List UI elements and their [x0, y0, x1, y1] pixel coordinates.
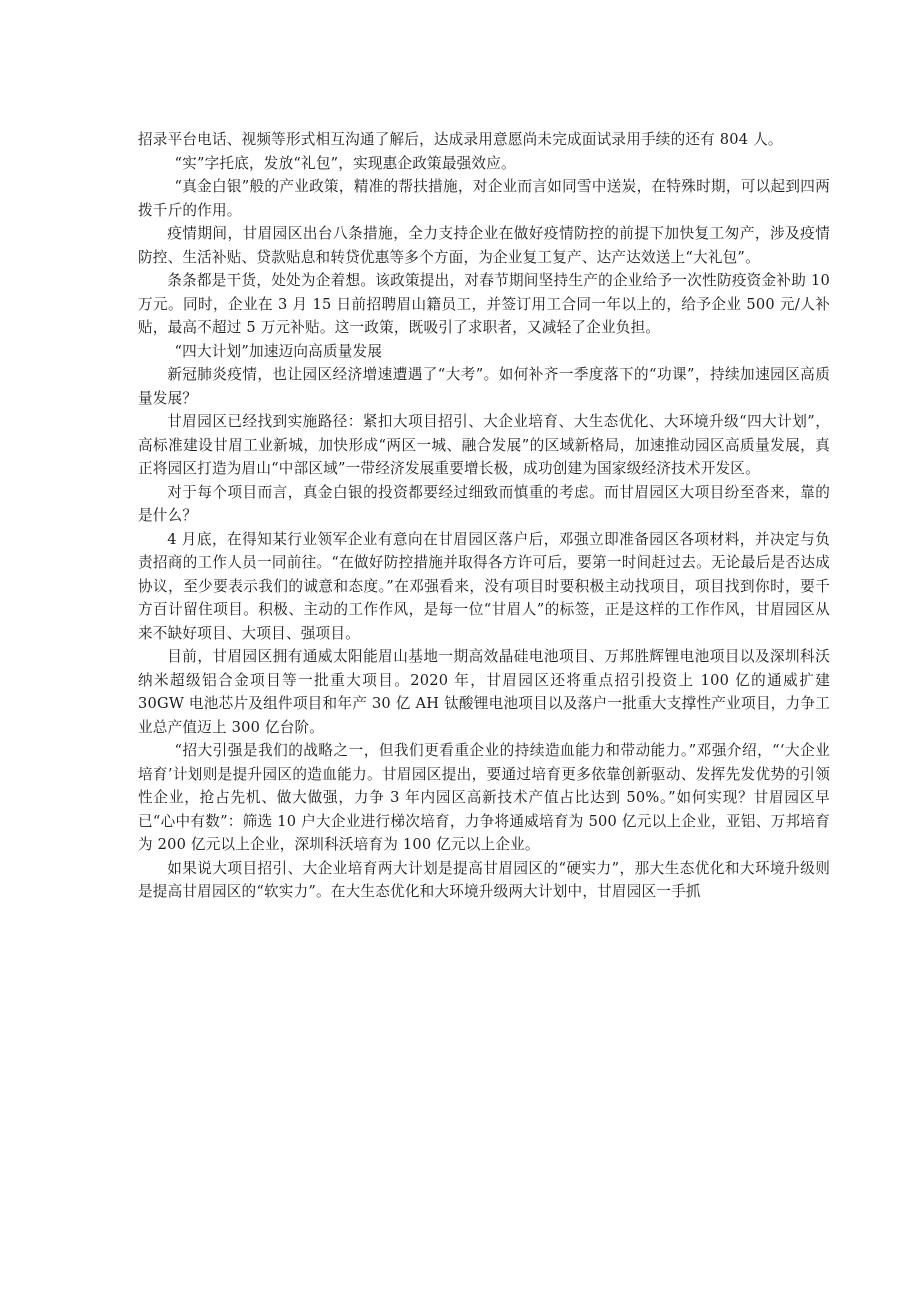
paragraph-subheading-four-plans: “四大计划”加速迈向高质量发展 [138, 340, 830, 364]
paragraph-enterprise-cultivation: “招大引强是我们的战略之一，但我们更看重企业的持续造血能力和带动能力。”邓强介绍… [138, 739, 830, 857]
paragraph-soft-power: 如果说大项目招引、大企业培育两大计划是提高甘眉园区的“硬实力”，那大生态优化和大… [138, 857, 830, 904]
paragraph-investment-question: 对于每个项目而言，真金白银的投资都要经过细致而慎重的考虑。而甘眉园区大项目纷至沓… [138, 481, 830, 528]
paragraph-major-projects: 目前，甘眉园区拥有通威太阳能眉山基地一期高效晶硅电池项目、万邦胜辉锂电池项目以及… [138, 645, 830, 739]
paragraph-pandemic-exam: 新冠肺炎疫情，也让园区经济增速遭遇了“大考”。如何补齐一季度落下的“功课”，持续… [138, 363, 830, 410]
paragraph-subsidy-details: 条条都是干货，处处为企着想。该政策提出，对春节期间坚持生产的企业给予一次性防疫资… [138, 269, 830, 340]
paragraph-eight-measures: 疫情期间，甘眉园区出台八条措施，全力支持企业在做好疫情防控的前提下加快复工匆产，… [138, 222, 830, 269]
paragraph-implementation-path: 甘眉园区已经找到实施路径：紧扣大项目招引、大企业培育、大生态优化、大环境升级“四… [138, 410, 830, 481]
paragraph-recruitment-result: 招录平台电话、视频等形式相互沟通了解后，达成录用意愿尚未完成面试录用手续的还有 … [138, 128, 830, 152]
document-page: 招录平台电话、视频等形式相互沟通了解后，达成录用意愿尚未完成面试录用手续的还有 … [138, 128, 830, 904]
paragraph-subheading-gift: “实”字托底，发放“礼包”，实现惠企政策最强效应。 [138, 152, 830, 176]
paragraph-april-visit: 4 月底，在得知某行业领军企业有意向在甘眉园区落户后，邓强立即准备园区各项材料，… [138, 528, 830, 646]
paragraph-policy-intro: “真金白银”般的产业政策，精准的帮扶措施，对企业而言如同雪中送炭，在特殊时期，可… [138, 175, 830, 222]
